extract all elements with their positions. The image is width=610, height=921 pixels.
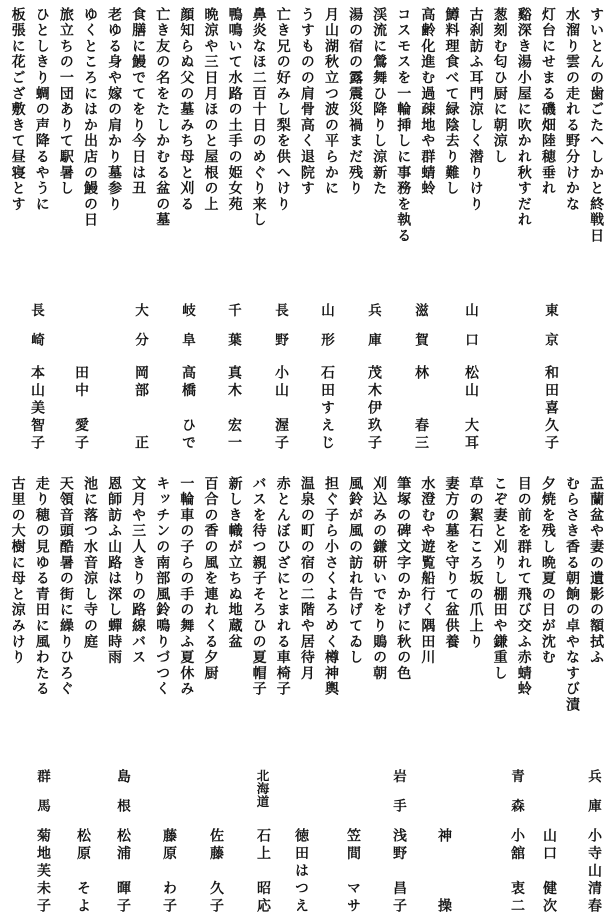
haiku-column: 旅立ちの一団ありて駅暑し (53, 7, 77, 197)
haiku-column: 谿深き湯小屋に吹かれ秋すだれ (511, 7, 535, 228)
author-prefecture: 滋賀 (411, 303, 429, 362)
author-name: 林 春三 (411, 365, 429, 453)
author-prefecture: 北海道 (253, 769, 271, 808)
haiku-column: 草の絮石ころ坂の爪上り (462, 476, 486, 650)
haiku-column: 百合の香の風を連れくる夕厨 (197, 476, 221, 681)
author-name: 神 操 (434, 828, 452, 916)
haiku-column: 恩師訪ふ山路は深し蟬時雨 (101, 476, 125, 666)
author-prefecture: 島根 (113, 769, 131, 828)
author-prefecture: 東京 (541, 303, 559, 362)
author-name: 笠間 マサ (343, 828, 361, 916)
author-name: 松原 そよ (73, 828, 91, 916)
haiku-column: ゆくところにはか出店の鰻の日 (77, 7, 101, 228)
haiku-column: 温泉の町の宿の二階や居待月 (294, 476, 318, 681)
haiku-column: 妻方の墓を守りて盆供養 (438, 476, 462, 650)
haiku-column: 葱刻む匂ひ厨に朝涼し (487, 7, 511, 165)
haiku-column: 亡き友の名をたしかむる盆の墓 (149, 7, 173, 228)
haiku-column: 一輪車の子らの手の舞ふ夏休み (173, 476, 197, 697)
haiku-column: 担ぐ子ら小さくよろめく樽神輿 (318, 476, 342, 697)
author-prefecture: 長野 (271, 303, 289, 362)
haiku-column: 月山湖秋立つ波の平らかに (318, 7, 342, 197)
haiku-column: コスモスを一輪挿しに事務を執る (390, 7, 414, 244)
haiku-column: 食膳に鰻でてをり今日は丑 (125, 7, 149, 197)
author-prefecture: 山形 (317, 303, 335, 362)
author-name: 松浦 暉子 (113, 828, 131, 916)
author-prefecture: 群馬 (33, 769, 51, 828)
haiku-column: キッチンの南部風鈴鳴りづつく (149, 476, 173, 697)
haiku-column: 古里の大樹に母と涼みけり (5, 476, 29, 666)
author-name: 本山美智子 (27, 365, 45, 453)
haiku-column: 古刹訪ふ耳門涼しく潜りけり (462, 7, 486, 212)
author-name: 高橋 ひで (178, 365, 196, 453)
haiku-column: 赤とんぼひざにとまれる車椅子 (270, 476, 294, 697)
haiku-column: 天領音頭酷暑の街に繰りひろぐ (53, 476, 77, 697)
haiku-column: 目の前を群れて飛び交ふ赤蜻蛉 (511, 476, 535, 697)
author-name: 菊地芙未子 (33, 828, 51, 916)
haiku-column: 高齢化進む過疎地や群蜻蛉 (414, 7, 438, 197)
author-name: 小寺山清春 (584, 828, 602, 916)
haiku-column: うすものの肩骨高く退院す (294, 7, 318, 197)
author-prefecture: 兵庫 (584, 769, 602, 828)
haiku-column: 風鈴が風の訪れ告げてゐし (342, 476, 366, 666)
haiku-column: 夕焼を残し晩夏の日が沈む (535, 476, 559, 666)
author-prefecture: 山口 (461, 303, 479, 362)
author-prefecture: 青森 (507, 769, 525, 828)
haiku-column: 晩涼や三日月ほのと屋根の上 (197, 7, 221, 212)
haiku-column: 水澄むや遊覧船行く隅田川 (414, 476, 438, 666)
author-name: 徳田はつえ (291, 828, 309, 916)
haiku-column: 文月や三人きりの路線バス (125, 476, 149, 666)
haiku-column: 走り穂の見ゆる青田に風わたる (29, 476, 53, 697)
author-name: 真木 宏一 (224, 365, 242, 453)
author-prefecture: 千葉 (224, 303, 242, 362)
haiku-column: 水溜り雲の走れる野分けかな (559, 7, 583, 212)
haiku-column: 湯の宿の露震災禍まだ残り (342, 7, 366, 197)
author-prefecture: 大分 (131, 303, 149, 362)
author-name: 藤原 わ子 (159, 828, 177, 916)
haiku-column: 亡き兄の好みし梨を供へけり (270, 7, 294, 212)
author-name: 茂木伊玖子 (364, 365, 382, 453)
author-name: 松山 大耳 (461, 365, 479, 453)
haiku-column: こぞ妻と刈りし棚田や鎌重し (487, 476, 511, 681)
haiku-column: 池に落つ水音涼し寺の庭 (77, 476, 101, 650)
haiku-column: 顔知らぬ父の墓みち母と刈る (173, 7, 197, 212)
haiku-column: 鱒料理食べて緑陰去り難し (438, 7, 462, 197)
haiku-column: 鼻炎なほ二百十日のめぐり来し (246, 7, 270, 228)
haiku-column: 渓流に鶯舞ひ降りし涼新た (366, 7, 390, 197)
author-name: 石田すえじ (317, 365, 335, 453)
haiku-column: すいとんの歯ごたへしかと終戦日 (583, 7, 607, 244)
haiku-column: バスを待つ親子そろひの夏帽子 (246, 476, 270, 697)
author-name: 石上 昭応 (253, 828, 271, 916)
haiku-column: 新しき幟が立ちぬ地蔵盆 (221, 476, 245, 650)
author-name: 岡部 正 (131, 365, 149, 453)
haiku-column: むらさき香る朝餉の卓やなすび漬 (559, 476, 583, 713)
author-name: 田中 愛子 (71, 365, 89, 453)
author-prefecture: 長崎 (27, 303, 45, 362)
author-prefecture: 岐阜 (178, 303, 196, 362)
haiku-column: 灯台にせまる磯畑陸穂垂れ (535, 7, 559, 197)
haiku-column: 老ゆる身や嫁の肩かり墓参り (101, 7, 125, 212)
haiku-column: ひとしきり蜩の声降るやうに (29, 7, 53, 212)
haiku-column: 鴨鳴いて水路の土手の姫女苑 (221, 7, 245, 212)
haiku-column: 刈込みの鎌研いでをり鵙の朝 (366, 476, 390, 681)
author-name: 山口 健次 (539, 828, 557, 916)
haiku-page: すいとんの歯ごたへしかと終戦日 水溜り雲の走れる野分けかな 灯台にせまる磯畑陸穂… (0, 0, 610, 921)
author-name: 小舘 衷二 (507, 828, 525, 916)
haiku-column: 板張に花ござ敷きて昼寝とす (5, 7, 29, 212)
haiku-column: 盂蘭盆や妻の遺影の額拭ふ (583, 476, 607, 666)
author-prefecture: 岩手 (389, 769, 407, 828)
haiku-column: 筆塚の碑文字のかげに秋の色 (390, 476, 414, 681)
author-name: 浅野 昌子 (389, 828, 407, 916)
author-name: 和田喜久子 (541, 365, 559, 453)
author-prefecture: 兵庫 (364, 303, 382, 362)
author-name: 佐藤 久子 (206, 828, 224, 916)
author-name: 小山 渥子 (271, 365, 289, 453)
